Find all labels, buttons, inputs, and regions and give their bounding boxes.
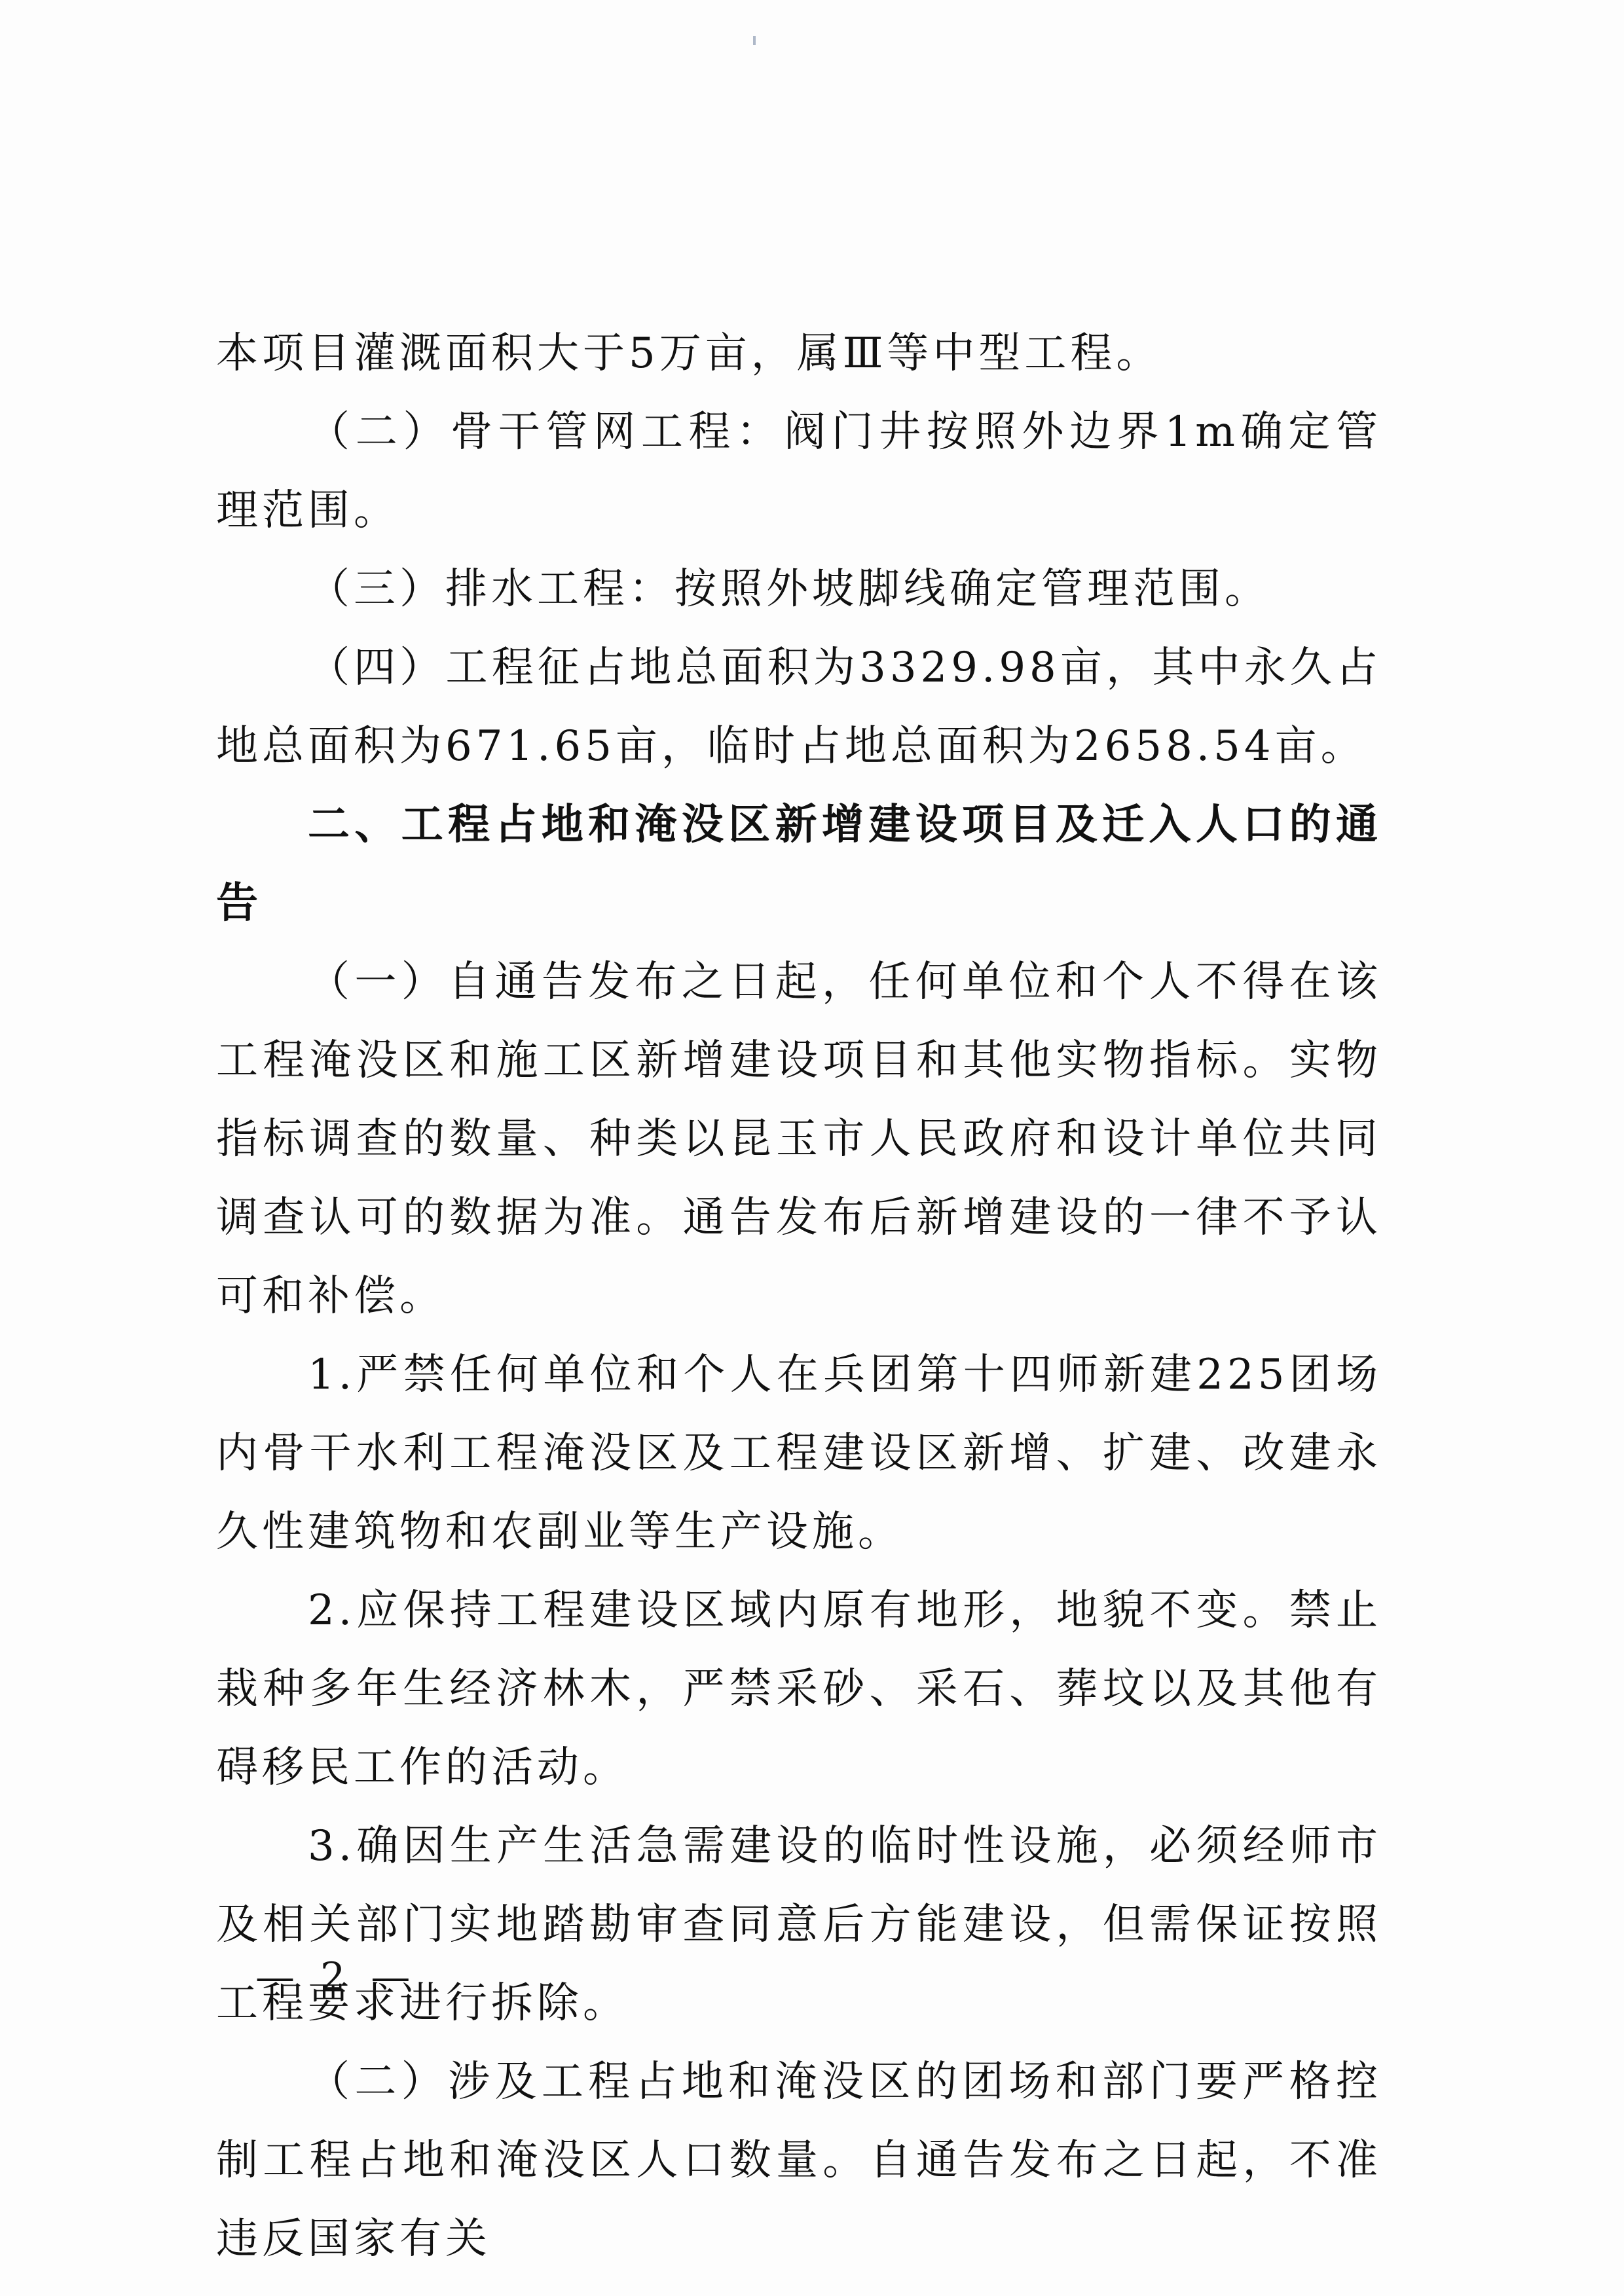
paragraph-project-scale: 本项目灌溉面积大于5万亩，属Ⅲ等中型工程。 <box>216 314 1382 393</box>
section-heading-2: 二、工程占地和淹没区新增建设项目及迁入人口的通告 <box>216 786 1382 943</box>
paragraph-notice-1: （一）自通告发布之日起，任何单位和个人不得在该工程淹没区和施工区新增建设项目和其… <box>216 943 1382 1336</box>
paragraph-pipe-network: （二）骨干管网工程：阀门井按照外边界1m确定管理范围。 <box>216 393 1382 550</box>
paragraph-land-area: （四）工程征占地总面积为3329.98亩，其中永久占地总面积为671.65亩，临… <box>216 629 1382 786</box>
paragraph-notice-2: （二）涉及工程占地和淹没区的团场和部门要严格控制工程占地和淹没区人口数量。自通告… <box>216 2043 1382 2278</box>
paragraph-item-3: 3.确因生产生活急需建设的临时性设施，必须经师市及相关部门实地踏勘审查同意后方能… <box>216 1807 1382 2043</box>
paragraph-item-2: 2.应保持工程建设区域内原有地形，地貌不变。禁止栽种多年生经济林木，严禁采砂、采… <box>216 1571 1382 1807</box>
paragraph-item-1: 1.严禁任何单位和个人在兵团第十四师新建225团场内骨干水利工程淹没区及工程建设… <box>216 1336 1382 1571</box>
scan-speck <box>753 36 756 45</box>
paragraph-drainage: （三）排水工程：按照外坡脚线确定管理范围。 <box>216 550 1382 629</box>
page-number: — 2 — <box>255 1954 416 2000</box>
